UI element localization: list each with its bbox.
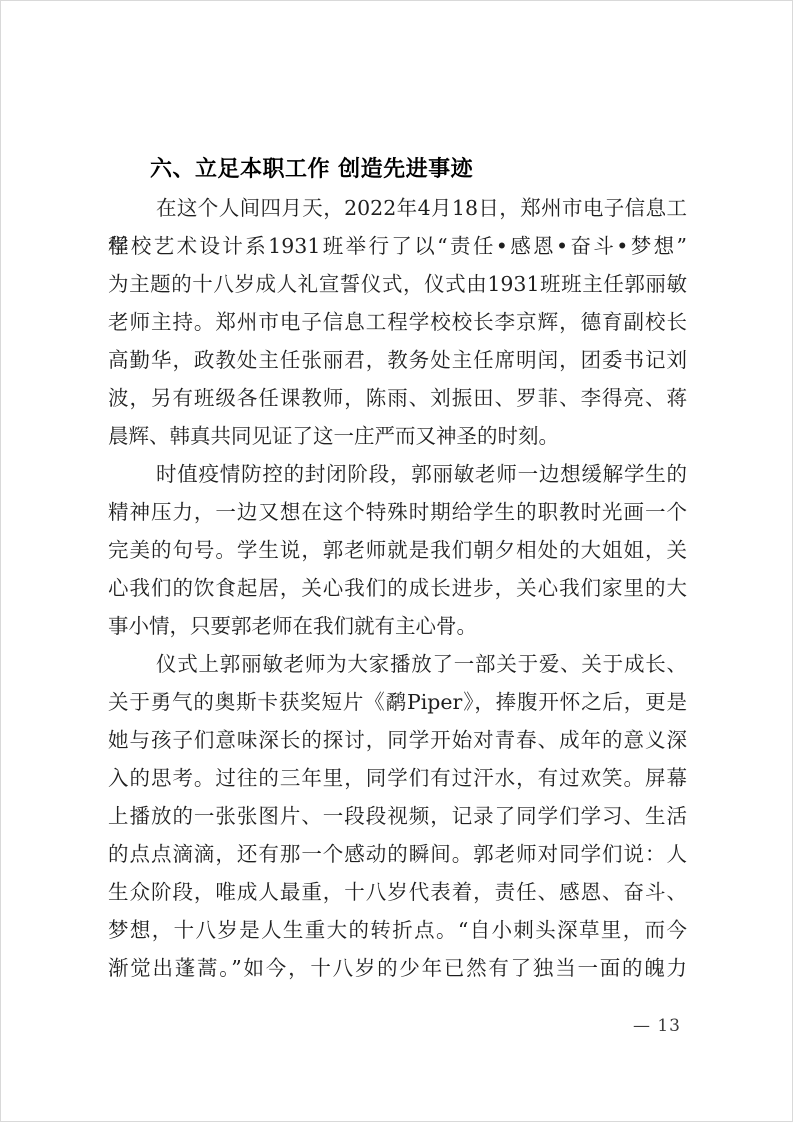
paragraph: 在这个人间四月天，2022年4月18日，郑州市电子信息工程学校艺术设计系1931… — [108, 189, 687, 455]
text-line: 在这个人间四月天，2022年4月18日，郑州市电子信息工程 — [108, 189, 687, 227]
text-line: 她与孩子们意味深长的探讨，同学开始对青春、成年的意义深 — [108, 721, 687, 759]
section-heading: 六、立足本职工作 创造先进事迹 — [150, 151, 687, 189]
text-line: 仪式上郭丽敏老师为大家播放了一部关于爱、关于成长、 — [108, 645, 687, 683]
page-number: — 13 — [633, 1015, 681, 1037]
text-line: 高勤华，政教处主任张丽君，教务处主任席明闰，团委书记刘 — [108, 341, 687, 379]
text-line: 时值疫情防控的封闭阶段，郭丽敏老师一边想缓解学生的 — [108, 455, 687, 493]
text-line: 为主题的十八岁成人礼宣誓仪式，仪式由1931班班主任郭丽敏 — [108, 265, 687, 303]
text-line: 精神压力，一边又想在这个特殊时期给学生的职教时光画一个 — [108, 493, 687, 531]
text-line: 心我们的饮食起居，关心我们的成长进步，关心我们家里的大 — [108, 569, 687, 607]
text-line: 波，另有班级各任课教师，陈雨、刘振田、罗菲、李得亮、蒋 — [108, 379, 687, 417]
text-line: 入的思考。过往的三年里，同学们有过汗水，有过欢笑。屏幕 — [108, 759, 687, 797]
text-line: 学校艺术设计系1931班举行了以“责任•感恩•奋斗•梦想” — [108, 227, 687, 265]
text-line: 的点点滴滴，还有那一个感动的瞬间。郭老师对同学们说：人 — [108, 835, 687, 873]
document-body: 在这个人间四月天，2022年4月18日，郑州市电子信息工程学校艺术设计系1931… — [108, 189, 687, 987]
document-page: 六、立足本职工作 创造先进事迹 在这个人间四月天，2022年4月18日，郑州市电… — [0, 0, 793, 1122]
text-line: 事小情，只要郭老师在我们就有主心骨。 — [108, 607, 687, 645]
text-line: 老师主持。郑州市电子信息工程学校校长李京辉，德育副校长 — [108, 303, 687, 341]
text-line: 晨辉、韩真共同见证了这一庄严而又神圣的时刻。 — [108, 417, 687, 455]
document-content: 六、立足本职工作 创造先进事迹 在这个人间四月天，2022年4月18日，郑州市电… — [108, 151, 687, 987]
text-line: 上播放的一张张图片、一段段视频，记录了同学们学习、生活 — [108, 797, 687, 835]
paragraph: 仪式上郭丽敏老师为大家播放了一部关于爱、关于成长、关于勇气的奥斯卡获奖短片《鹬P… — [108, 645, 687, 987]
text-line: 梦想，十八岁是人生重大的转折点。“自小刺头深草里，而今 — [108, 911, 687, 949]
text-line: 关于勇气的奥斯卡获奖短片《鹬Piper》，捧腹开怀之后，更是 — [108, 683, 687, 721]
text-line: 完美的句号。学生说，郭老师就是我们朝夕相处的大姐姐，关 — [108, 531, 687, 569]
text-line: 渐觉出蓬蒿。”如今，十八岁的少年已然有了独当一面的魄力 — [108, 949, 687, 987]
text-line: 生众阶段，唯成人最重，十八岁代表着，责任、感恩、奋斗、 — [108, 873, 687, 911]
paragraph: 时值疫情防控的封闭阶段，郭丽敏老师一边想缓解学生的精神压力，一边又想在这个特殊时… — [108, 455, 687, 645]
